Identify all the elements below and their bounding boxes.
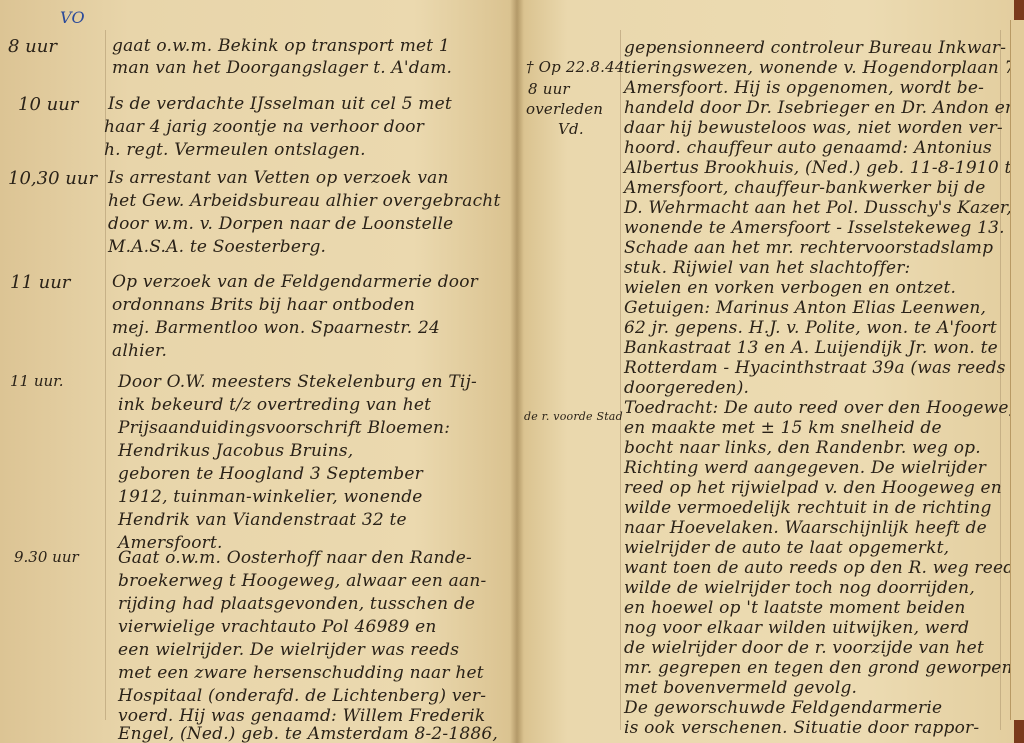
entry-line: Engel, (Ned.) geb. te Amsterdam 8-2-1886… [118, 724, 498, 743]
entry-line: ink bekeurd t/z overtreding van het [118, 395, 431, 415]
margin-signature: Vd. [558, 120, 584, 138]
entry-line: Amersfoort. Hij is opgenomen, wordt be- [624, 78, 984, 98]
entry-line: broekerweg t Hoogeweg, alwaar een aan- [118, 571, 486, 591]
entry-line: Is de verdachte IJsselman uit cel 5 met [108, 94, 452, 114]
entry-line: tieringswezen, wonende v. Hogendorplaan … [624, 58, 1024, 78]
entry-line: met bovenvermeld gevolg. [624, 678, 857, 698]
entry-line: Is arrestant van Vetten op verzoek van [108, 168, 449, 188]
entry-line: Prijsaanduidingsvoorschrift Bloemen: [118, 418, 450, 438]
entry-line: M.A.S.A. te Soesterberg. [108, 237, 326, 257]
margin-note: † Op 22.8.44 [526, 58, 625, 76]
entry-line: bocht naar links, den Randenbr. weg op. [624, 438, 981, 458]
entry-line: handeld door Dr. Isebrieger en Dr. Andon… [624, 98, 1024, 118]
entry-line: stuk. Rijwiel van het slachtoffer: [624, 258, 910, 278]
entry-line: Hendrik van Viandenstraat 32 te [118, 510, 407, 530]
entry-line: Gaat o.w.m. Oosterhoff naar den Rande- [118, 548, 472, 568]
entry-time: 11 uur. [10, 372, 63, 390]
entry-time: 9.30 uur [14, 548, 79, 566]
entry-line: wilde vermoedelijk rechtuit in de richti… [624, 498, 992, 518]
entry-time: 8 uur [8, 36, 57, 57]
entry-line: een wielrijder. De wielrijder was reeds [118, 640, 459, 660]
entry-line: reed op het rijwielpad v. den Hoogeweg e… [624, 478, 1002, 498]
entry-line: hoord. chauffeur auto genaamd: Antonius [624, 138, 992, 158]
entry-line: en maakte met ± 15 km snelheid de [624, 418, 942, 438]
entry-line: Door O.W. meesters Stekelenburg en Tij- [118, 372, 477, 392]
entry-line: D. Wehrmacht aan het Pol. Dusschy's Kaze… [624, 198, 1012, 218]
entry-line: gepensionneerd controleur Bureau Inkwar- [624, 38, 1006, 58]
entry-line: Schade aan het mr. rechtervoorstadslamp [624, 238, 993, 258]
entry-line: Getuigen: Marinus Anton Elias Leenwen, [624, 298, 986, 318]
margin-note: 8 uur [528, 80, 570, 98]
entry-line: daar hij bewusteloos was, niet worden ve… [624, 118, 1003, 138]
entry-line: en hoewel op 't laatste moment beiden [624, 598, 966, 618]
entry-line: Rotterdam - Hyacinthstraat 39a (was reed… [624, 358, 1006, 378]
entry-line: voerd. Hij was genaamd: Willem Frederik [118, 706, 485, 726]
entry-line: door w.m. v. Dorpen naar de Loonstelle [108, 214, 453, 234]
entry-line: Albertus Brookhuis, (Ned.) geb. 11-8-191… [624, 158, 1022, 178]
entry-line: Toedracht: De auto reed over den Hoogewe… [624, 398, 1024, 418]
entry-line: nog voor elkaar wilden uitwijken, werd [624, 618, 969, 638]
entry-line: want toen de auto reeds op den R. weg re… [624, 558, 1020, 578]
entry-line: wilde de wielrijder toch nog doorrijden, [624, 578, 975, 598]
entry-line: haar 4 jarig zoontje na verhoor door [104, 117, 424, 137]
entry-line: Amersfoort, chauffeur-bankwerker bij de [624, 178, 986, 198]
margin-note: overleden [526, 100, 603, 118]
entry-line: mr. gegrepen en tegen den grond geworpen… [624, 658, 1018, 678]
side-note: de r. voorde Stad [524, 410, 623, 423]
entry-line: alhier. [112, 341, 167, 361]
entry-line: 62 jr. gepens. H.J. v. Polite, won. te A… [624, 318, 997, 338]
entry-line: mej. Barmentloo won. Spaarnestr. 24 [112, 318, 440, 338]
entry-line: Bankastraat 13 en A. Luijendijk Jr. won.… [624, 338, 998, 358]
entry-line: Hospitaal (onderafd. de Lichtenberg) ver… [118, 686, 486, 706]
entry-line: De geworschuwde Feldgendarmerie [624, 698, 942, 718]
page-edge [1010, 20, 1024, 720]
entry-line: h. regt. Vermeulen ontslagen. [104, 140, 366, 160]
entry-time: 11 uur [10, 272, 70, 293]
entry-line: geboren te Hoogland 3 September [118, 464, 423, 484]
entry-line: doorgereden). [624, 378, 749, 398]
entry-line: rijding had plaatsgevonden, tusschen de [118, 594, 475, 614]
entry-time: 10 uur [18, 94, 78, 115]
entry-line: wielrijder de auto te laat opgemerkt, [624, 538, 949, 558]
entry-line: met een zware hersenschudding naar het [118, 663, 484, 683]
entry-line: is ook verschenen. Situatie door rappor- [624, 718, 979, 738]
entry-line: naar Hoevelaken. Waarschijnlijk heeft de [624, 518, 987, 538]
right-page: † Op 22.8.44 8 uur overleden Vd. de r. v… [518, 0, 1014, 743]
entry-time: 10,30 uur [8, 168, 97, 189]
entry-line: Op verzoek van de Feldgendarmerie door [112, 272, 478, 292]
entry-line: Hendrikus Jacobus Bruins, [118, 441, 353, 461]
entry-line: het Gew. Arbeidsbureau alhier overgebrac… [108, 191, 501, 211]
entry-line: wielen en vorken verbogen en ontzet. [624, 278, 956, 298]
entry-line: gaat o.w.m. Bekink op transport met 1 [112, 36, 450, 56]
margin-rule [620, 30, 621, 730]
entry-line: 1912, tuinman-winkelier, wonende [118, 487, 423, 507]
left-page: VO 8 uur gaat o.w.m. Bekink op transport… [0, 0, 518, 743]
entry-line: Richting werd aangegeven. De wielrijder [624, 458, 986, 478]
entry-line: wonende te Amersfoort - Isselstekeweg 13… [624, 218, 1005, 238]
entry-line: ordonnans Brits bij haar ontboden [112, 295, 415, 315]
entry-line: vierwielige vrachtauto Pol 46989 en [118, 617, 437, 637]
entry-line: man van het Doorgangslager t. A'dam. [112, 58, 452, 78]
top-annotation: VO [60, 8, 85, 27]
logbook-spread: VO 8 uur gaat o.w.m. Bekink op transport… [0, 0, 1024, 743]
book-gutter [510, 0, 524, 743]
entry-line: de wielrijder door de r. voorzijde van h… [624, 638, 984, 658]
